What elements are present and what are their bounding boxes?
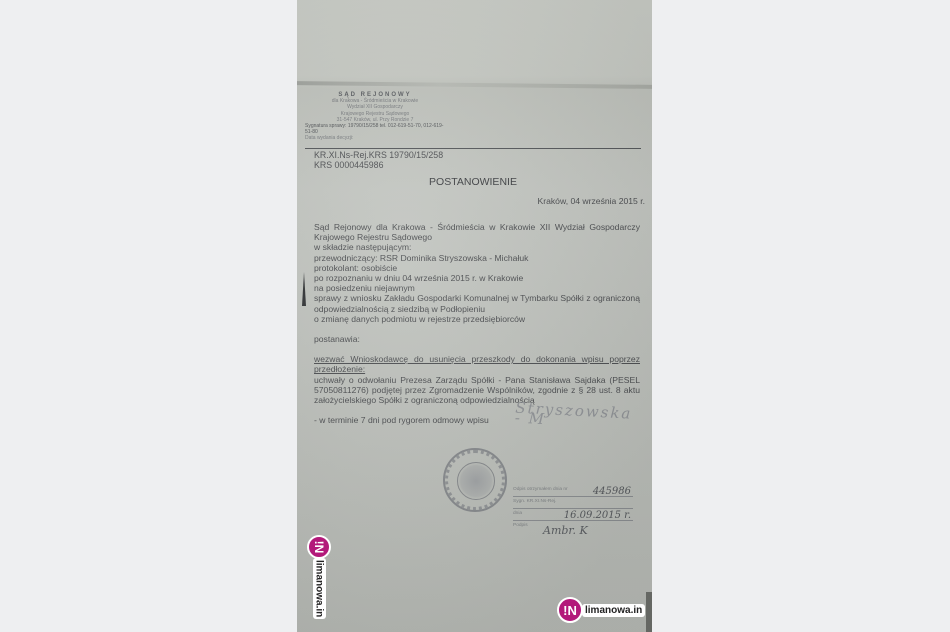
krs-number: KRS 0000445986: [314, 160, 443, 170]
clerk: protokolant: osobiście: [314, 263, 640, 273]
watermark-site: limanowa.in: [313, 558, 326, 619]
paper-edge: [297, 81, 652, 89]
receipt-row: dnia 16.09.2015 r.: [513, 510, 633, 521]
court-seal-icon: [443, 448, 507, 512]
court-header-stamp: SĄD REJONOWY dla Krakowa - Śródmieścia w…: [305, 92, 445, 142]
case-signature: Sygnatura sprawy: 19790/15/258 tel. 012-…: [305, 123, 445, 135]
case-line: sprawy z wniosku Zakładu Gospodarki Komu…: [314, 293, 640, 303]
watermark-site: limanowa.in: [582, 604, 645, 617]
case-number: KR.XI.Ns-Rej.KRS 19790/15/258: [314, 150, 443, 160]
watermark-horizontal: !N limanowa.in: [557, 597, 645, 623]
eagle-emblem-icon: [457, 462, 495, 500]
resolution-line: uchwały o odwołaniu Prezesa Zarządu Spół…: [314, 375, 640, 385]
receipt-date: 16.09.2015 r.: [564, 511, 631, 521]
limanowa-logo-icon: !N: [557, 597, 583, 623]
receipt-number: 445986: [593, 487, 631, 497]
place-date: Kraków, 04 września 2015 r.: [538, 196, 645, 206]
court-line: Krajowego Rejestru Sądowego: [314, 232, 640, 242]
receipt-stamp: Odpis otrzymałem dnia nr 445986 Sygn. KR…: [513, 486, 633, 533]
court-line: Sąd Rejonowy dla Krakowa - Śródmieścia w…: [314, 222, 640, 232]
resolution-line: 57050811276) podjętej przez Zgromadzenie…: [314, 385, 640, 395]
limanowa-logo-icon: !N: [307, 535, 331, 559]
watermark-vertical: !N limanowa.in: [306, 535, 332, 619]
sygn-label: Sygnatura sprawy:: [305, 123, 346, 129]
summon-line: przedłożenie:: [314, 364, 640, 374]
case-line: odpowiedzialnością z siedzibą w Podłopie…: [314, 304, 640, 314]
session: na posiedzeniu niejawnym: [314, 283, 640, 293]
summon-line: wezwać Wnioskodawcę do usunięcia przeszk…: [314, 354, 640, 364]
judge-signature: Stryszowska - M: [515, 403, 646, 430]
document-body: Sąd Rejonowy dla Krakowa - Śródmieścia w…: [314, 222, 640, 425]
issue-date-label: Data wydania decyzji:: [305, 135, 445, 141]
chair: przewodniczący: RSR Dominika Stryszowska…: [314, 253, 640, 263]
receipt-signature: Ambr. K: [543, 526, 588, 536]
case-reference: KR.XI.Ns-Rej.KRS 19790/15/258 KRS 000044…: [314, 150, 443, 170]
paper-shadow-mark: [302, 272, 306, 306]
header-divider: [305, 148, 641, 149]
decides: postanawia:: [314, 334, 640, 344]
document-photo: SĄD REJONOWY dla Krakowa - Śródmieścia w…: [297, 0, 652, 632]
receipt-row: Odpis otrzymałem dnia nr 445986: [513, 486, 633, 497]
photo-corner-shadow: [646, 592, 652, 632]
sygn-value: 19790/15/258: [348, 123, 379, 129]
composition: w składzie następującym:: [314, 242, 640, 252]
case-line: o zmianę danych podmiotu w rejestrze prz…: [314, 314, 640, 324]
examined: po rozpoznaniu w dniu 04 września 2015 r…: [314, 273, 640, 283]
document-title: POSTANOWIENIE: [305, 177, 641, 187]
receipt-row: Sygn. KR.XI.Ns-Rej.: [513, 498, 633, 509]
